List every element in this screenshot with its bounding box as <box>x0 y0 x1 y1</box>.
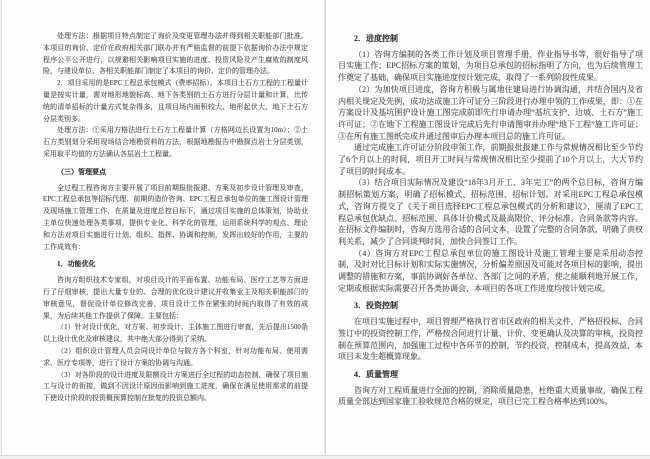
left-page-text-column: 处理方法：根据项目特点制定了询价及变更管理办法并得到相关职能部门批准。本项目的询… <box>43 31 308 405</box>
body-paragraph: 2．项目采用的是EPC工程总承包模式（费率招标）。本项目土石方工程的工程量计量是… <box>43 78 308 125</box>
body-paragraph: （2）为加快项目进度，咨询方积极与属地住建局进行协调沟通，并结合国内及省内相关规… <box>338 84 643 143</box>
body-paragraph: （4）咨询方对EPC工程总承包单位的施工图设计及施工管理主要是采用动态控制，及时… <box>338 248 643 295</box>
body-paragraph: 通过完成施工许可证分阶段申领工作，前期报批报建工作与常规情况相比至少节约了6个月… <box>338 142 643 177</box>
body-paragraph: （1）针对设计优化，对方案、初步设计、主体施工图进行审查，先后提出1500条以上… <box>43 322 308 346</box>
body-paragraph: 咨询方组织技术专家组，对项目设计的平面布置、功能布局、医疗工艺等方面进行了仔细审… <box>43 275 308 322</box>
body-paragraph: 在项目实施过程中，项目管理严格执行省市区政府的相关文件，严格招投标、合同签订中的… <box>338 316 643 363</box>
document-viewer: 处理方法：根据项目特点制定了询价及变更管理办法并得到相关职能部门批准。本项目的询… <box>0 0 650 459</box>
section-heading-schedule-control: 2．进度控制 <box>338 33 643 45</box>
right-page-text-column: 2．进度控制 （1）咨询方编制的各类工作计划及项目管理手册、作业指导书等，很好指… <box>338 33 643 408</box>
body-paragraph: （3）结合项目实际情况及建设“18年3月开工、3年完工”的两个总目标，咨询方编制… <box>338 177 643 247</box>
body-paragraph: （2）组织设计管理人员会同设计单位与院方各个科室，针对功能布局、使用需求、医疗专… <box>43 346 308 370</box>
page-left-edge-line <box>1 0 2 456</box>
body-paragraph: （3）对各阶段的设计进度及限额设计方案进行全过程的动态控制，确保了项目施工与设计… <box>43 370 308 405</box>
body-paragraph: 处理方法：①采用方格法进行土石方工程量计算（方格网边长设置为10m）；②土石方类… <box>43 125 308 160</box>
body-paragraph: 处理方法：根据项目特点制定了询价及变更管理办法并得到相关职能部门批准。本项目的询… <box>43 31 308 78</box>
body-paragraph: 全过程工程咨询方主要开展了项目前期报批报建、方案及初步设计管理及审查、EPC工程… <box>43 183 308 254</box>
section-heading-investment-control: 3．投资控制 <box>338 300 643 312</box>
body-paragraph: （1）咨询方编制的各类工作计划及项目管理手册、作业指导书等，很好指导了项目实施工… <box>338 49 643 84</box>
section-heading-function-optimization: 1．功能优化 <box>43 259 308 271</box>
body-paragraph: 咨询方对工程质量进行全面的控制，消除质量隐患，杜绝重大质量事故，确保工程质量全部… <box>338 385 643 408</box>
section-heading-management-points: （三）管理要点 <box>43 167 308 179</box>
section-heading-quality-management: 4．质量管理 <box>338 369 643 381</box>
page-divider-line <box>325 0 326 456</box>
